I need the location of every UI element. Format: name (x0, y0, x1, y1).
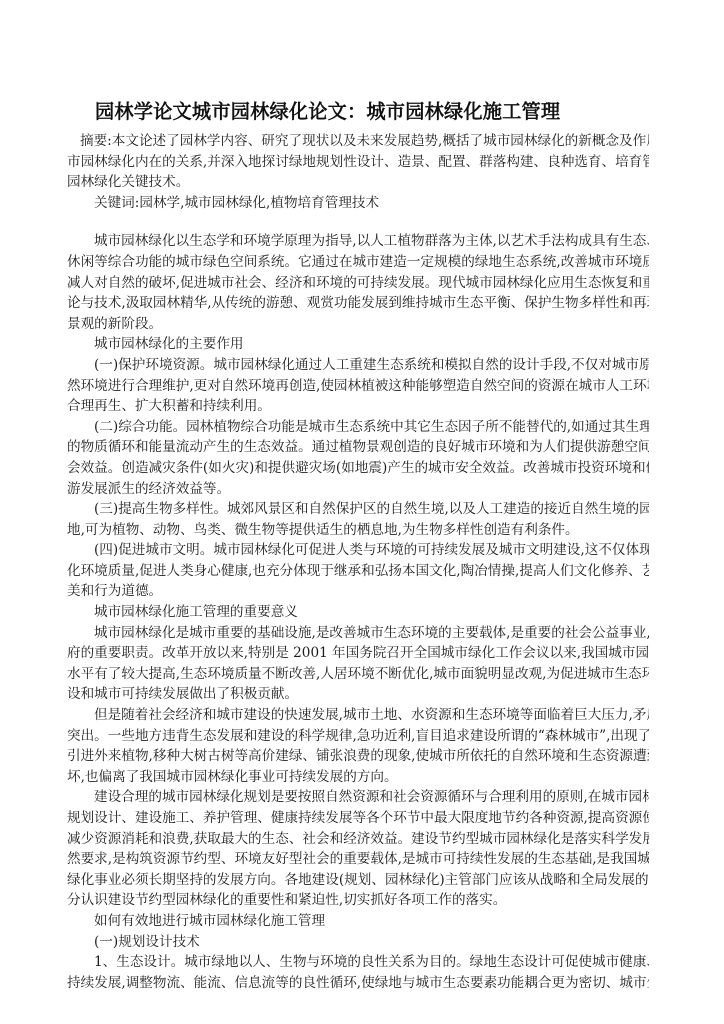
paragraph-ecological-design: 1、生态设计。城市绿地以人、生物与环境的良性关系为目的。绿地生态设计可促使城市健… (67, 952, 649, 993)
item-urban-civilization: (四)促进城市文明。城市园林绿化可促进人类与环境的可持续发展及城市文明建设,这不… (67, 540, 649, 602)
paragraph-line: 休闲等综合功能的城市绿色空间系统。它通过在城市建造一定规模的绿地生态系统,改善城… (67, 252, 649, 273)
section-heading-main-roles: 城市园林绿化的主要作用 (67, 334, 649, 355)
paragraph-line: 持续发展,调整物流、能流、信息流等的良性循环,使绿地与城市生态要素功能耦合更为密… (67, 973, 649, 994)
paragraph-line: 会效益。创造减灾条件(如火灾)和提供避灾场(如地震)产生的城市安全效益。改善城市… (67, 458, 649, 479)
abstract-line: 园林绿化关键技术。 (67, 172, 649, 193)
paragraph-line: 的物质循环和能量流动产生的生态效益。通过植物景观创造的良好城市环境和为人们提供游… (67, 437, 649, 458)
paragraph-planning: 建设合理的城市园林绿化规划是要按照自然资源和社会资源循环与合理利用的原则,在城市… (67, 787, 649, 911)
paragraph-line: 地,可为植物、动物、鸟类、微生物等提供适生的栖息地,为生物多样性创造有利条件。 (67, 520, 649, 541)
paragraph-line: 合理再生、扩大积蓄和持续利用。 (67, 396, 649, 417)
paragraph-line: 然环境进行合理维护,更对自然环境再创造,使园林植被这种能够塑造自然空间的资源在城… (67, 376, 649, 397)
paragraph-line: (三)提高生物多样性。城郊风景区和自然保护区的自然生境,以及人工建造的接近自然生… (67, 499, 649, 520)
paragraph-infrastructure: 城市园林绿化是城市重要的基础设施,是改善城市生态环境的主要载体,是重要的社会公益… (67, 623, 649, 705)
section-heading-significance: 城市园林绿化施工管理的重要意义 (67, 602, 649, 623)
document-body: 摘要:本文论述了园林学内容、研究了现状以及未来发展趋势,概括了城市园林绿化的新概… (67, 131, 649, 993)
spacer (67, 213, 649, 231)
paragraph-line: 引进外来植物,移种大树古树等高价建绿、铺张浪费的现象,使城市所依托的自然环境和生… (67, 746, 649, 767)
paragraph-line: 府的重要职责。改革开放以来,特别是 2001 年国务院召开全国城市绿化工作会议以… (67, 643, 649, 664)
abstract: 摘要:本文论述了园林学内容、研究了现状以及未来发展趋势,概括了城市园林绿化的新概… (67, 131, 649, 193)
subsection-heading-planning-design: (一)规划设计技术 (67, 932, 649, 953)
paragraph-line: 城市园林绿化以生态学和环境学原理为指导,以人工植物群落为主体,以艺术手法构成具有… (67, 231, 649, 252)
paragraph-line: 然要求,是构筑资源节约型、环境友好型社会的重要载体,是城市可持续性发展的生态基础… (67, 849, 649, 870)
paragraph-line: 减少资源消耗和浪费,获取最大的生态、社会和经济效益。建设节约型城市园林绿化是落实… (67, 829, 649, 850)
paragraph-line: 突出。一些地方违背生态发展和建设的科学规律,急功近利,盲目追求建设所谓的“森林城… (67, 726, 649, 747)
paragraph-line: 分认识建设节约型园林绿化的重要性和紧迫性,切实抓好各项工作的落实。 (67, 890, 649, 911)
paragraph-line: (二)综合功能。园林植物综合功能是城市生态系统中其它生态因子所不能替代的,如通过… (67, 417, 649, 438)
item-biodiversity: (三)提高生物多样性。城郊风景区和自然保护区的自然生境,以及人工建造的接近自然生… (67, 499, 649, 540)
paragraph-line: 绿化事业必须长期坚持的发展方向。各地建设(规划、园林绿化)主管部门应该从战略和全… (67, 870, 649, 891)
paragraph-line: 水平有了较大提高,生态环境质量不断改善,人居环境不断优化,城市面貌明显改观,为促… (67, 664, 649, 685)
paragraph-line: 建设合理的城市园林绿化规划是要按照自然资源和社会资源循环与合理利用的原则,在城市… (67, 787, 649, 808)
intro-paragraph: 城市园林绿化以生态学和环境学原理为指导,以人工植物群落为主体,以艺术手法构成具有… (67, 231, 649, 334)
paragraph-line: 坏,也偏离了我国城市园林绿化事业可持续发展的方向。 (67, 767, 649, 788)
paragraph-line: 但是随着社会经济和城市建设的快速发展,城市土地、水资源和生态环境等面临着巨大压力… (67, 705, 649, 726)
item-protect-resources: (一)保护环境资源。城市园林绿化通过人工重建生态系统和模拟自然的设计手段,不仅对… (67, 355, 649, 417)
item-comprehensive-function: (二)综合功能。园林植物综合功能是城市生态系统中其它生态因子所不能替代的,如通过… (67, 417, 649, 499)
abstract-line: 摘要:本文论述了园林学内容、研究了现状以及未来发展趋势,概括了城市园林绿化的新概… (67, 131, 649, 152)
paragraph-line: 减人对自然的破坏,促进城市社会、经济和环境的可持续发展。现代城市园林绿化应用生态… (67, 273, 649, 294)
paragraph-line: 景观的新阶段。 (67, 314, 649, 335)
abstract-line: 市园林绿化内在的关系,并深入地探讨绿地规划性设计、造景、配置、群落构建、良种选育… (67, 152, 649, 173)
paragraph-line: 设和城市可持续发展做出了积极贡献。 (67, 684, 649, 705)
paragraph-line: (一)保护环境资源。城市园林绿化通过人工重建生态系统和模拟自然的设计手段,不仅对… (67, 355, 649, 376)
paragraph-line: 规划设计、建设施工、养护管理、健康持续发展等各个环节中最大限度地节约各种资源,提… (67, 808, 649, 829)
paragraph-line: 游发展派生的经济效益等。 (67, 479, 649, 500)
paragraph-line: 论与技术,汲取园林精华,从传统的游憩、观赏功能发展到维持城市生态平衡、保护生物多… (67, 293, 649, 314)
paragraph-line: 城市园林绿化是城市重要的基础设施,是改善城市生态环境的主要载体,是重要的社会公益… (67, 623, 649, 644)
section-heading-management: 如何有效地进行城市园林绿化施工管理 (67, 911, 649, 932)
paragraph-line: 美和行为道德。 (67, 581, 649, 602)
paragraph-line: (四)促进城市文明。城市园林绿化可促进人类与环境的可持续发展及城市文明建设,这不… (67, 540, 649, 561)
paragraph-pressure: 但是随着社会经济和城市建设的快速发展,城市土地、水资源和生态环境等面临着巨大压力… (67, 705, 649, 787)
document-title: 园林学论文城市园林绿化论文：城市园林绿化施工管理 (95, 100, 575, 124)
keywords: 关键词:园林学,城市园林绿化,植物培育管理技术 (67, 193, 649, 214)
paragraph-line: 1、生态设计。城市绿地以人、生物与环境的良性关系为目的。绿地生态设计可促使城市健… (67, 952, 649, 973)
paragraph-line: 化环境质量,促进人类身心健康,也充分体现于继承和弘扬本国文化,陶冶情操,提高人们… (67, 561, 649, 582)
